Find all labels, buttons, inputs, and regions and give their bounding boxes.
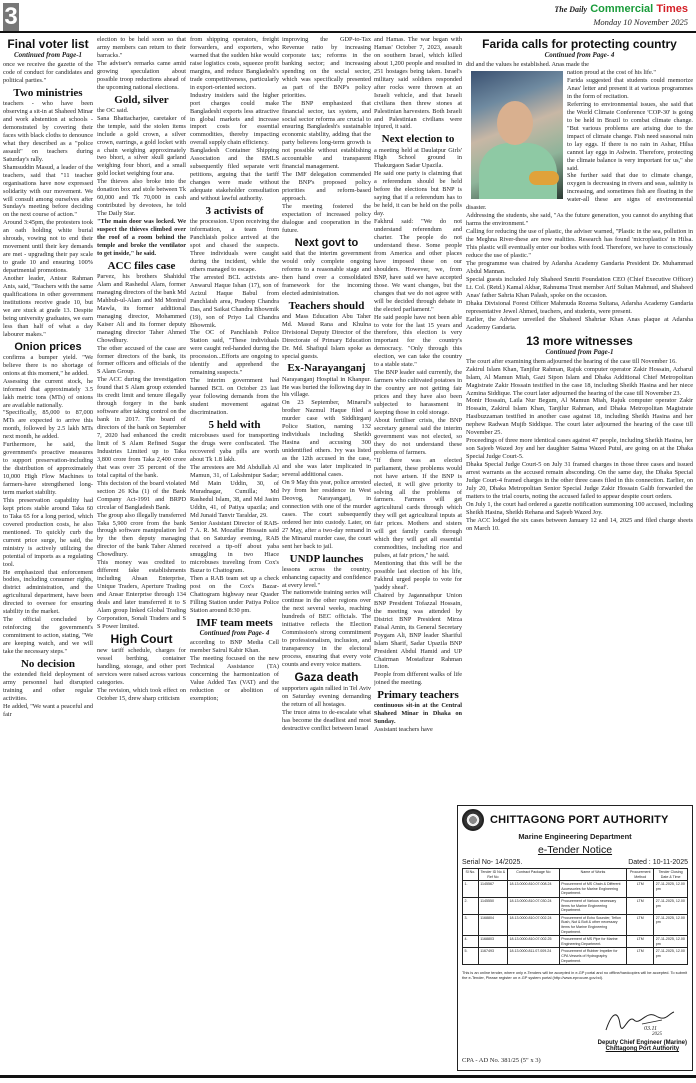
column-4: improving the GDP-to-Tax Revenue ratio b… [282, 36, 371, 1072]
headline-imf-team-meets: IMF team meets [190, 617, 279, 629]
cell-closing: 27-11-2025, 12.00 pm [654, 914, 688, 935]
right-block: Farida calls for protecting country Cont… [466, 36, 693, 806]
col-header: Name of Works [559, 869, 627, 881]
article-paragraph: Parvez, his brothers Shahidul Alam and R… [97, 273, 186, 345]
article-paragraph: Bangladesh Container Shipping Associatio… [190, 147, 279, 203]
cell-method: LTM [627, 897, 654, 914]
headline-next-election: Next election to [374, 133, 462, 145]
tender-title: e-Tender Notice [462, 844, 688, 856]
column-1: Final voter list Continued from Page-1 o… [3, 36, 93, 1072]
article-paragraph: Fakhrul said: "We do not understand refe… [374, 218, 462, 313]
headline-gaza-death: Gaza death [282, 671, 371, 684]
tender-notice-ad: CHITTAGONG PORT AUTHORITY Marine Enginee… [457, 805, 693, 1071]
headline-high-court: High Court [97, 633, 186, 646]
headline-ex-narayanganj: Ex-Narayanganj [282, 362, 371, 374]
article-paragraph: He added, "We want a peaceful and fair [3, 703, 93, 719]
article-paragraph: Another leader, Anisur Rahman Anis, said… [3, 275, 93, 339]
cell-closing: 27-11-2025, 12.00 pm [654, 936, 688, 948]
tender-header: CHITTAGONG PORT AUTHORITY [462, 809, 688, 831]
column-5: and Hamas. The war began with Hamas' Oct… [374, 36, 462, 1072]
headline-teachers-should: Teachers should [282, 300, 371, 312]
headline-5-held-with: 5 held with [190, 419, 279, 431]
article-paragraph: The BNP emphasized that financial sector… [282, 100, 371, 172]
table-row: 5. 1167493 18.13.0000.811.07.009.24 Proc… [463, 948, 688, 965]
article-paragraph: and Mass Education Abu Taher Md. Masud R… [282, 313, 371, 361]
footer-rule [0, 1075, 696, 1078]
article-paragraph: The programme was chaired by Adarsha Aca… [466, 260, 693, 276]
tender-org: CHITTAGONG PORT AUTHORITY [490, 814, 669, 826]
article-paragraph: He said people have not been able to vot… [374, 314, 462, 370]
article-paragraph: The truce aims to de-escalate what has b… [282, 709, 371, 733]
issue-date: Monday 10 November 2025 [593, 17, 688, 27]
article-paragraph: "The main door was locked. We suspect th… [97, 218, 186, 258]
cell-tender-id: 1168804 [478, 914, 507, 935]
cell-package: 18.13.0000.810.07.008.24 [508, 881, 560, 898]
signer-org: Chittagong Port Authority [598, 1046, 687, 1052]
cell-package: 18.13.0000.810.07.002.24 [508, 914, 560, 935]
headline-undp-launches: UNDP launches [282, 553, 371, 565]
article-paragraph: The thieves also broke into the donation… [97, 178, 186, 218]
tender-table: Sl No. Tender ID No & Ref No Contract Pa… [462, 868, 688, 965]
article-paragraph: Zakirul Islam Khan, Tanjilur Rahman, Raj… [466, 366, 693, 398]
header-rule [0, 31, 696, 33]
article-paragraph: the OC said. [97, 107, 186, 115]
article-paragraph: Furthermore, he said, the government's p… [3, 441, 93, 497]
news-photo [471, 71, 563, 199]
article-paragraph: The IMF delegation commended the BNP's p… [282, 171, 371, 203]
tender-table-header: Sl No. Tender ID No & Ref No Contract Pa… [463, 869, 688, 881]
headline-gold-silver: Gold, silver [97, 94, 186, 106]
headline-farida: Farida calls for protecting country [466, 38, 693, 51]
table-row: 3. 1168804 18.13.0000.810.07.002.24 Proc… [463, 914, 688, 935]
cell-tender-id: 1145550 [478, 897, 507, 914]
article-paragraph: On 9 May this year, police arrested Ivy … [282, 479, 371, 551]
cell-work: Procurement of Echo Sounder, Teflon Bush… [559, 914, 627, 935]
article-paragraph: Dhaka Divisional Forest Officer Mahmuda … [466, 300, 693, 316]
col-header: Contract Package No [508, 869, 560, 881]
article-paragraph: The interim government had banned BCL on… [190, 377, 279, 417]
cell-package: 18.13.0000.811.07.009.24 [508, 948, 560, 965]
masthead: 3 The Daily Commercial Times Monday 10 N… [0, 0, 696, 34]
paper-name-times: Times [656, 3, 688, 15]
article-paragraph: Industry insiders said the higher port c… [190, 92, 279, 148]
cell-sl: 1. [463, 881, 479, 898]
article-paragraph: Assistant teachers have [374, 726, 462, 734]
article-paragraph: The official concluded by reinforcing th… [3, 616, 93, 656]
article-paragraph: election to be held soon so that army me… [97, 36, 186, 60]
article-paragraph: People from different walks of life join… [374, 671, 462, 687]
paper-name-commercial: Commercial [590, 3, 653, 15]
table-row: 2. 1145550 18.13.0000.810.07.030.24 Proc… [463, 897, 688, 914]
col-header: Procurement Method [627, 869, 654, 881]
article-paragraph: Proceedings of three more identical case… [466, 437, 693, 461]
headline-next-govt: Next govt to [282, 237, 371, 249]
article-paragraph: according to BNP Media Cell member Sairu… [190, 639, 279, 655]
article-paragraph: On July 1, the court had ordered a gazet… [466, 501, 693, 517]
tender-signer: Deputy Chief Engineer (Marine) Chittagon… [598, 1040, 687, 1052]
article-paragraph: Sana Bhattacharjee, caretaker of the tem… [97, 115, 186, 179]
article-paragraph: the procession. Upon receiving the infor… [190, 218, 279, 274]
headline-no-decision: No decision [3, 658, 93, 670]
article-paragraph: microbuses used for transporting the dru… [190, 432, 279, 464]
article-paragraph: The BNP leader said currently, the farme… [374, 369, 462, 417]
article-paragraph: teachers - who have been observing a sit… [3, 100, 93, 164]
article-paragraph: Senior Assistant Director of RAB-7 A. R.… [190, 520, 279, 576]
headline-onion-prices: Onion prices [3, 341, 93, 353]
article-paragraph: Around 3:45pm, the protesters took an oa… [3, 219, 93, 275]
article-paragraph: He said one party is claiming that a ref… [374, 170, 462, 218]
cell-closing: 27-11-2025, 12.00 pm [654, 897, 688, 914]
cell-tender-id: 1145567 [478, 881, 507, 898]
article-paragraph: the extended field deployment of army pe… [3, 671, 93, 703]
cell-tender-id: 1167493 [478, 948, 507, 965]
cell-sl: 4. [463, 936, 479, 948]
article-paragraph: The ACC lodged the six cases between Jan… [466, 517, 693, 533]
paper-name-the-daily: The Daily [554, 5, 587, 14]
article-paragraph: The adviser's remarks came amid growing … [97, 60, 186, 92]
photo-microphone [529, 171, 559, 185]
article-paragraph: The OC of Panchlaish Police Station said… [190, 329, 279, 377]
tender-dept: Marine Engineering Department [462, 832, 688, 841]
cell-package: 18.13.0000.810.07.030.24 [508, 897, 560, 914]
article-paragraph: a meeting held at Daulatpur Girls' High … [374, 147, 462, 171]
tender-serial: Serial No- 14/2025. [462, 859, 522, 866]
article-paragraph: supporters again rallied in Tel Aviv on … [282, 685, 371, 709]
cell-sl: 5. [463, 948, 479, 965]
article-paragraph: This money was credited to different fak… [97, 559, 186, 631]
tender-disclaimer: This is an online tender, where only e-T… [462, 970, 688, 980]
col-header: Sl No. [463, 869, 479, 881]
article-paragraph: He emphasized that enforcement bodies, i… [3, 569, 93, 617]
cell-work: Procurement of MS Chain & Different Acce… [559, 881, 627, 898]
signature-icon: 03.112025 [598, 1006, 678, 1036]
article-paragraph: "If there was an elected parliament, the… [374, 457, 462, 560]
ad-number: CPA - AD No. 381/25 (5" x 3) [462, 1057, 541, 1064]
tender-title-text: e-Tender Notice [538, 844, 612, 856]
article-paragraph: The meeting focused on the new Technical… [190, 655, 279, 703]
cell-method: LTM [627, 914, 654, 935]
article-paragraph: confirms a bumper yield. "We believe the… [3, 354, 93, 378]
article-paragraph: Mentioning that this will be the possibl… [374, 560, 462, 592]
article-paragraph: This decision of the board violated sect… [97, 480, 186, 512]
article-paragraph: new tariff schedule, charges for vessel … [97, 647, 186, 687]
svg-text:2025: 2025 [652, 1032, 663, 1036]
headline-primary-teachers: Primary teachers [374, 689, 462, 701]
article-paragraph: This preservation capability had kept pr… [3, 497, 93, 569]
continued-label: Continued from Page-1 [466, 349, 693, 357]
cell-method: LTM [627, 936, 654, 948]
table-row: 1. 1145567 18.13.0000.810.07.008.24 Proc… [463, 881, 688, 898]
col-header: Tender Closing Date & Time [654, 869, 688, 881]
article-paragraph: The revision, which took effect on Octob… [97, 687, 186, 703]
cell-sl: 3. [463, 914, 479, 935]
article-paragraph: Special guests included July Shaheed Smr… [466, 276, 693, 300]
article-paragraph: The other accused of the case are former… [97, 345, 186, 377]
cpa-logo-icon [462, 809, 484, 831]
cell-sl: 2. [463, 897, 479, 914]
column-2: election to be held soon so that army me… [97, 36, 186, 1072]
article-paragraph: The arrestees are Md Abdullah Al Mamun, … [190, 464, 279, 520]
article-paragraph: Dhaka Special Judge Court-5 on July 31 f… [466, 461, 693, 501]
tender-dated: Dated : 10-11-2025 [628, 859, 688, 866]
cell-closing: 27-11-2025, 12.00 pm [654, 881, 688, 898]
cell-method: LTM [627, 881, 654, 898]
headline-3-activists: 3 activists of [190, 205, 279, 217]
article-paragraph: improving the GDP-to-Tax Revenue ratio b… [282, 36, 371, 100]
article-paragraph: The nationwide training series will cont… [282, 589, 371, 669]
article-paragraph: said that the interim government would o… [282, 250, 371, 298]
article-paragraph: On 23 September, Minarul's brother Nazmu… [282, 399, 371, 479]
cell-work: Procurement of MS Pipe for Marine Engine… [559, 936, 627, 948]
article-paragraph: Addressing the students, she said, "As t… [466, 212, 693, 228]
headline-two-ministries: Two ministries [3, 87, 93, 99]
newspaper-name: The Daily Commercial Times [554, 3, 688, 15]
article-paragraph: The meeting fostered the expectation of … [282, 203, 371, 235]
article-paragraph: lessons across the country, enhancing ca… [282, 566, 371, 590]
article-paragraph: Then a RAB team set up a check post on t… [190, 575, 279, 615]
article-paragraph: Earlier, the Adviser unveiled the Shahee… [466, 316, 693, 332]
article-paragraph: The ACC during the investigation found t… [97, 376, 186, 479]
article-paragraph: Monir Hossain, Laila Nur Begum, Al Mamun… [466, 397, 693, 437]
article-paragraph: The arrested BCL activists are- Anwarul … [190, 274, 279, 330]
article-paragraph: and Hamas. The war began with Hamas' Oct… [374, 36, 462, 131]
cell-tender-id: 1168803 [478, 936, 507, 948]
headline-13-more-witnesses: 13 more witnesses [466, 335, 693, 348]
cell-work: Procurement of Various necessary items f… [559, 897, 627, 914]
col-header: Tender ID No & Ref No [478, 869, 507, 881]
column-3: from shipping operators, freight forward… [190, 36, 279, 1072]
article-paragraph: "Specifically, 85,000 to 87,000 MTs are … [3, 409, 93, 441]
article-paragraph: did and the values he established. Anas … [466, 61, 693, 69]
article-paragraph: from shipping operators, freight forward… [190, 36, 279, 92]
headline-acc-files-case: ACC files case [97, 260, 186, 272]
cell-closing: 27-11-2025, 12.00 pm [654, 948, 688, 965]
article-paragraph: Assessing the current stock, he informed… [3, 378, 93, 410]
article-paragraph: About fertiliser crisis, the BNP secreta… [374, 417, 462, 457]
tender-serial-row: Serial No- 14/2025. Dated : 10-11-2025 [462, 859, 688, 866]
article-paragraph: continuous sit-in at the Central Shaheed… [374, 702, 462, 726]
cell-method: LTM [627, 948, 654, 965]
article-paragraph: The group also illegally transferred Tak… [97, 512, 186, 560]
article-paragraph: The court after examining them adjourned… [466, 358, 693, 366]
article-paragraph: Chaired by Jagannathpur Union BNP Presid… [374, 592, 462, 672]
article-paragraph: Narayanganj Hospital in Khanpur. He was … [282, 376, 371, 400]
article-paragraph: once we receive the gazette of the code … [3, 61, 93, 85]
page-number: 3 [3, 3, 19, 31]
cell-work: Procurement of Rubber Impeller for CPA V… [559, 948, 627, 965]
article-paragraph: Calling for reducing the use of plastic,… [466, 228, 693, 260]
cell-package: 18.13.0000.810.07.002.25 [508, 936, 560, 948]
photo-figure-face [497, 101, 533, 145]
continued-label: Continued from Page- 4 [466, 52, 693, 60]
continued-label: Continued from Page- 4 [190, 630, 279, 638]
headline-final-voter-list: Final voter list [3, 38, 93, 51]
article-paragraph: Shamsuddin Masud, a leader of the teache… [3, 164, 93, 220]
continued-label: Continued from Page-1 [3, 52, 93, 60]
table-row: 4. 1168803 18.13.0000.810.07.002.25 Proc… [463, 936, 688, 948]
